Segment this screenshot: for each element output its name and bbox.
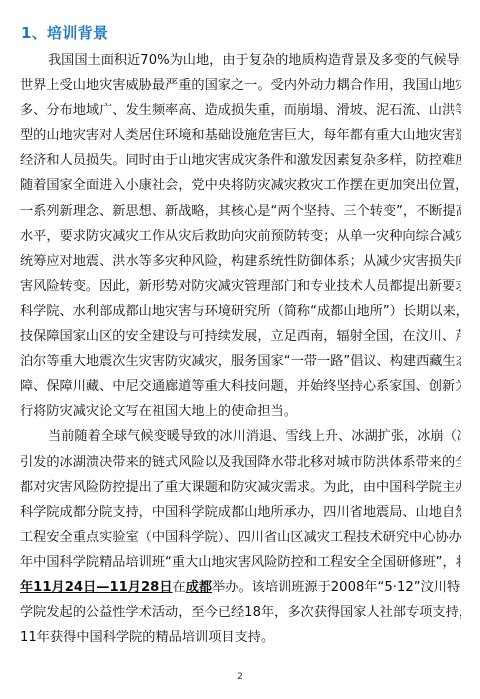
text-line: 经济和人员损失。同时由于山地灾害成灾条件和激发因素复杂多样，防控难度也极大。 [20,148,461,173]
text-line: 我国国土面积近70%为山地，由于复杂的地质构造背景及多变的气候导致我国是 [20,48,461,73]
text-line: 技保障国家山区的安全建设与可持续发展，立足西南，辐射全国，在汶川、芦山、尼 [20,324,461,349]
text-segment: 举办。该培训班源于2008年“5·12”汶川特大地震后中国科 [212,580,461,595]
document-body: 我国国土面积近70%为山地，由于复杂的地质构造背景及多变的气候导致我国是 世界上… [20,48,461,650]
text-line: 世界上受山地灾害威胁最严重的国家之一。受内外动力耦合作用，我国山地灾害种类 [20,73,461,98]
section-heading: 1、培训背景 [21,22,108,43]
text-line: 年中国科学院精品培训班“重大山地灾害风险防控和工程安全全国研修班”，将于2025 [20,550,461,575]
text-line: 害风险转变。因此，新形势对防灾减灾管理部门和专业技术人员都提出新要求。中国 [20,274,461,299]
text-line: 统筹应对地震、洪水等多灾种风险，构建系统性防御体系；从减少灾害损失向减轻灾 [20,249,461,274]
text-line: 当前随着全球气候变暖导致的冰川消退、雪线上升、冰湖扩张，冰崩（冰滑坡） [20,424,461,449]
text-line: 水平，要求防灾减灾工作从灾后救助向灾前预防转变；从单一灾种向综合减灾转变： [20,224,461,249]
text-line: 障、保障川藏、中尼交通廊道等重大科技问题，并始终坚持心系家国、创新为民，践 [20,374,461,399]
text-line: 泊尔等重大地震次生灾害防灾减灾，服务国家“一带一路”倡议、构建西藏生态安全屏 [20,349,461,374]
text-line: 都对灾害风险防控提出了重大课题和防灾减灾需求。为此，由中国科学院主办，中国 [20,475,461,500]
text-line: 一系列新理念、新思想、新战略，其核心是“两个坚持、三个转变”，不断提高防抗救 [20,199,461,224]
text-line: 型的山地灾害对人类居住环境和基础设施危害巨大，每年都有重大山地灾害造成严重 [20,123,461,148]
text-line: 11年获得中国科学院的精品培训项目支持。 [20,625,461,650]
paragraph-training-announcement: 当前随着全球气候变暖导致的冰川消退、雪线上升、冰湖扩张，冰崩（冰滑坡） 引发的冰… [20,424,461,650]
text-line: 引发的冰湖溃决带来的链式风险以及我国降水带北移对城市防洪体系带来的全新挑战 [20,450,461,475]
text-line: 科学院、水利部成都山地灾害与环境研究所（简称“成都山地所”）长期以来，坚持科 [20,299,461,324]
text-line: 行将防灾减灾论文写在祖国大地上的使命担当。 [20,399,461,424]
text-line: 工程安全重点实验室（中国科学院）、四川省山区减灾工程技术研究中心协办的2025 [20,525,461,550]
event-location: 成都 [186,580,212,595]
text-line: 学院发起的公益性学术活动，至今已经18年，多次获得国家人社部专项支持，也连续 [20,600,461,625]
text-line: 多、分布地域广、发生频率高、造成损失重，而崩塌、滑坡、泥石流、山洪等不同类 [20,98,461,123]
text-line: 随着国家全面进入小康社会，党中央将防灾减灾救灾工作摆在更加突出位置，并提出 [20,173,461,198]
text-line: 科学院成都分院支持，中国科学院成都山地所承办，四川省地震局、山地自然灾害与 [20,500,461,525]
text-segment: 在 [173,580,186,595]
paragraph-background: 我国国土面积近70%为山地，由于复杂的地质构造背景及多变的气候导致我国是 世界上… [20,48,461,424]
event-date-range: 年11月24日—11月28日 [20,580,173,595]
page-number: 2 [0,672,480,682]
text-segment: 年中国科学院精品培训班“重大山地灾害风险防控和工程安全全国研修班”，将于 [20,555,461,570]
text-line: 年11月24日—11月28日在成都举办。该培训班源于2008年“5·12”汶川特… [20,575,461,600]
